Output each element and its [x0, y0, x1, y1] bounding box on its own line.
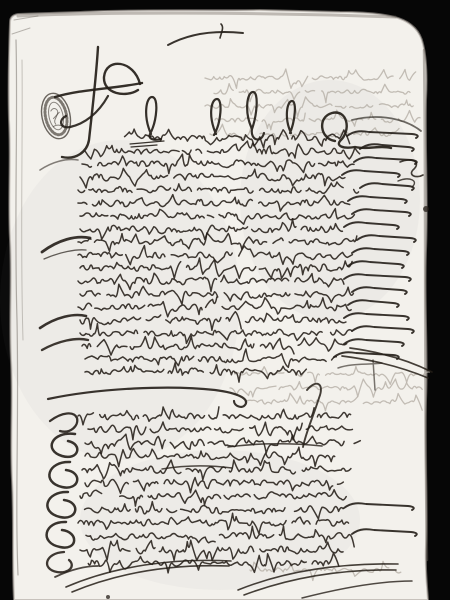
manuscript-canvas [0, 0, 450, 600]
manuscript-photo [0, 0, 450, 600]
